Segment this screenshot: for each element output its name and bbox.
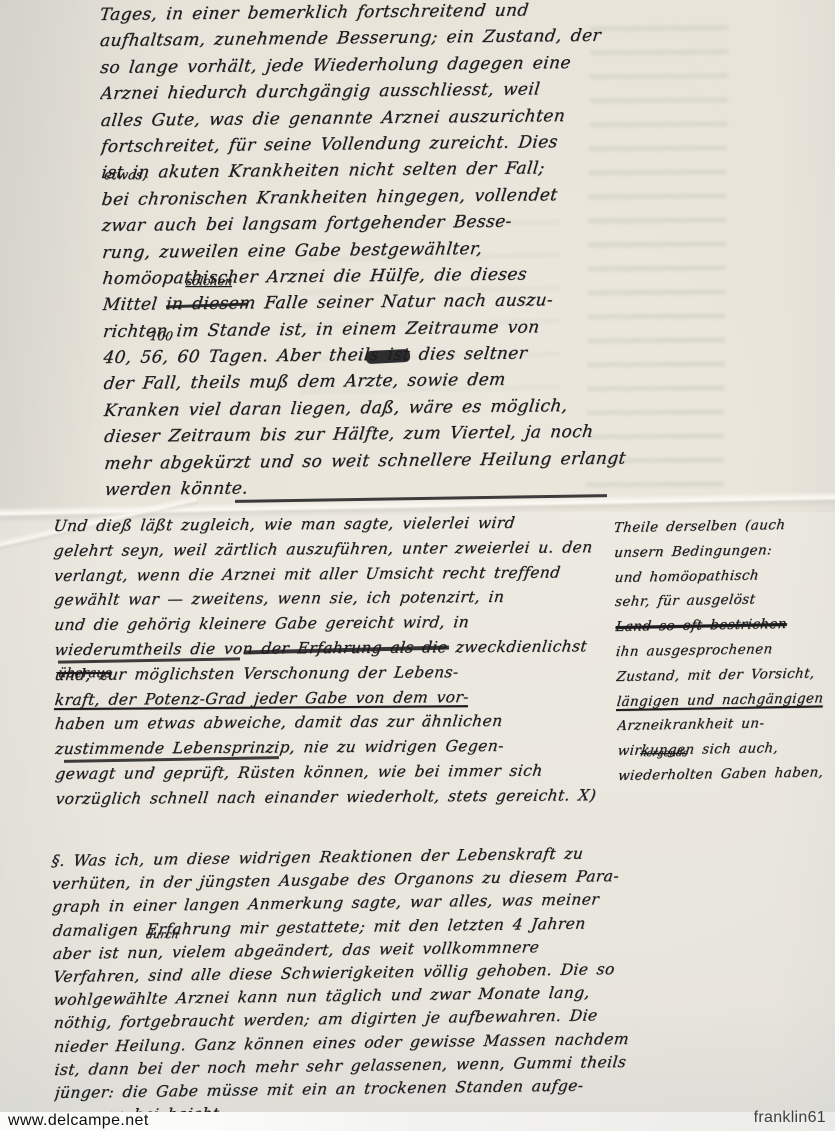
inserted-word: 100 [149, 329, 174, 343]
franklin61-watermark: franklin61 [754, 1109, 826, 1127]
middle-paragraph-main: Und dieß läßt zugleich, wie man sagte, v… [52, 510, 614, 811]
manuscript-line: zustimmende Lebensprinzip, nie zu widrig… [54, 733, 617, 762]
bottom-paragraph: §. Was ich, um diese widrigen Reaktionen… [50, 840, 789, 1128]
manuscript-line: Und dieß läßt zugleich, wie man sagte, v… [52, 510, 615, 539]
manuscript-photo: Tages, in einer bemerklich fortschreiten… [0, 0, 835, 1131]
upper-paragraph: Tages, in einer bemerklich fortschreiten… [98, 0, 630, 503]
manuscript-line: vorzüglich schnell nach einander wiederh… [54, 783, 617, 812]
inserted-word: nergends [639, 748, 688, 759]
inserted-word: überaus [57, 666, 112, 681]
inserted-word: solchen [185, 274, 233, 288]
inserted-word: etwas, [103, 168, 147, 183]
manuscript-line: ihn ausgesprochenen [615, 636, 835, 665]
manuscript-line: wiederholten Gaben haben, [617, 760, 835, 789]
manuscript-line: gewagt und geprüft, Rüsten können, wie b… [54, 758, 617, 787]
manuscript-line: und, zur möglichsten Verschonung der Leb… [53, 659, 616, 688]
inserted-word: durch [145, 928, 179, 941]
manuscript-line: gelehrt seyn, weil zärtlich auszuführen,… [52, 535, 615, 564]
delcampe-watermark: www.delcampe.net [8, 1112, 149, 1130]
manuscript-line: unsern Bedingungen: [613, 537, 834, 566]
manuscript-line: Land so oft bestrichen [614, 611, 835, 640]
manuscript-line: Theile derselben (auch [612, 512, 833, 541]
manuscript-line: Zustand, mit der Vorsicht, [615, 661, 835, 690]
manuscript-line: wiederumtheils die von der Erfahrung als… [53, 634, 616, 663]
manuscript-line: werden könnte. [103, 471, 633, 503]
